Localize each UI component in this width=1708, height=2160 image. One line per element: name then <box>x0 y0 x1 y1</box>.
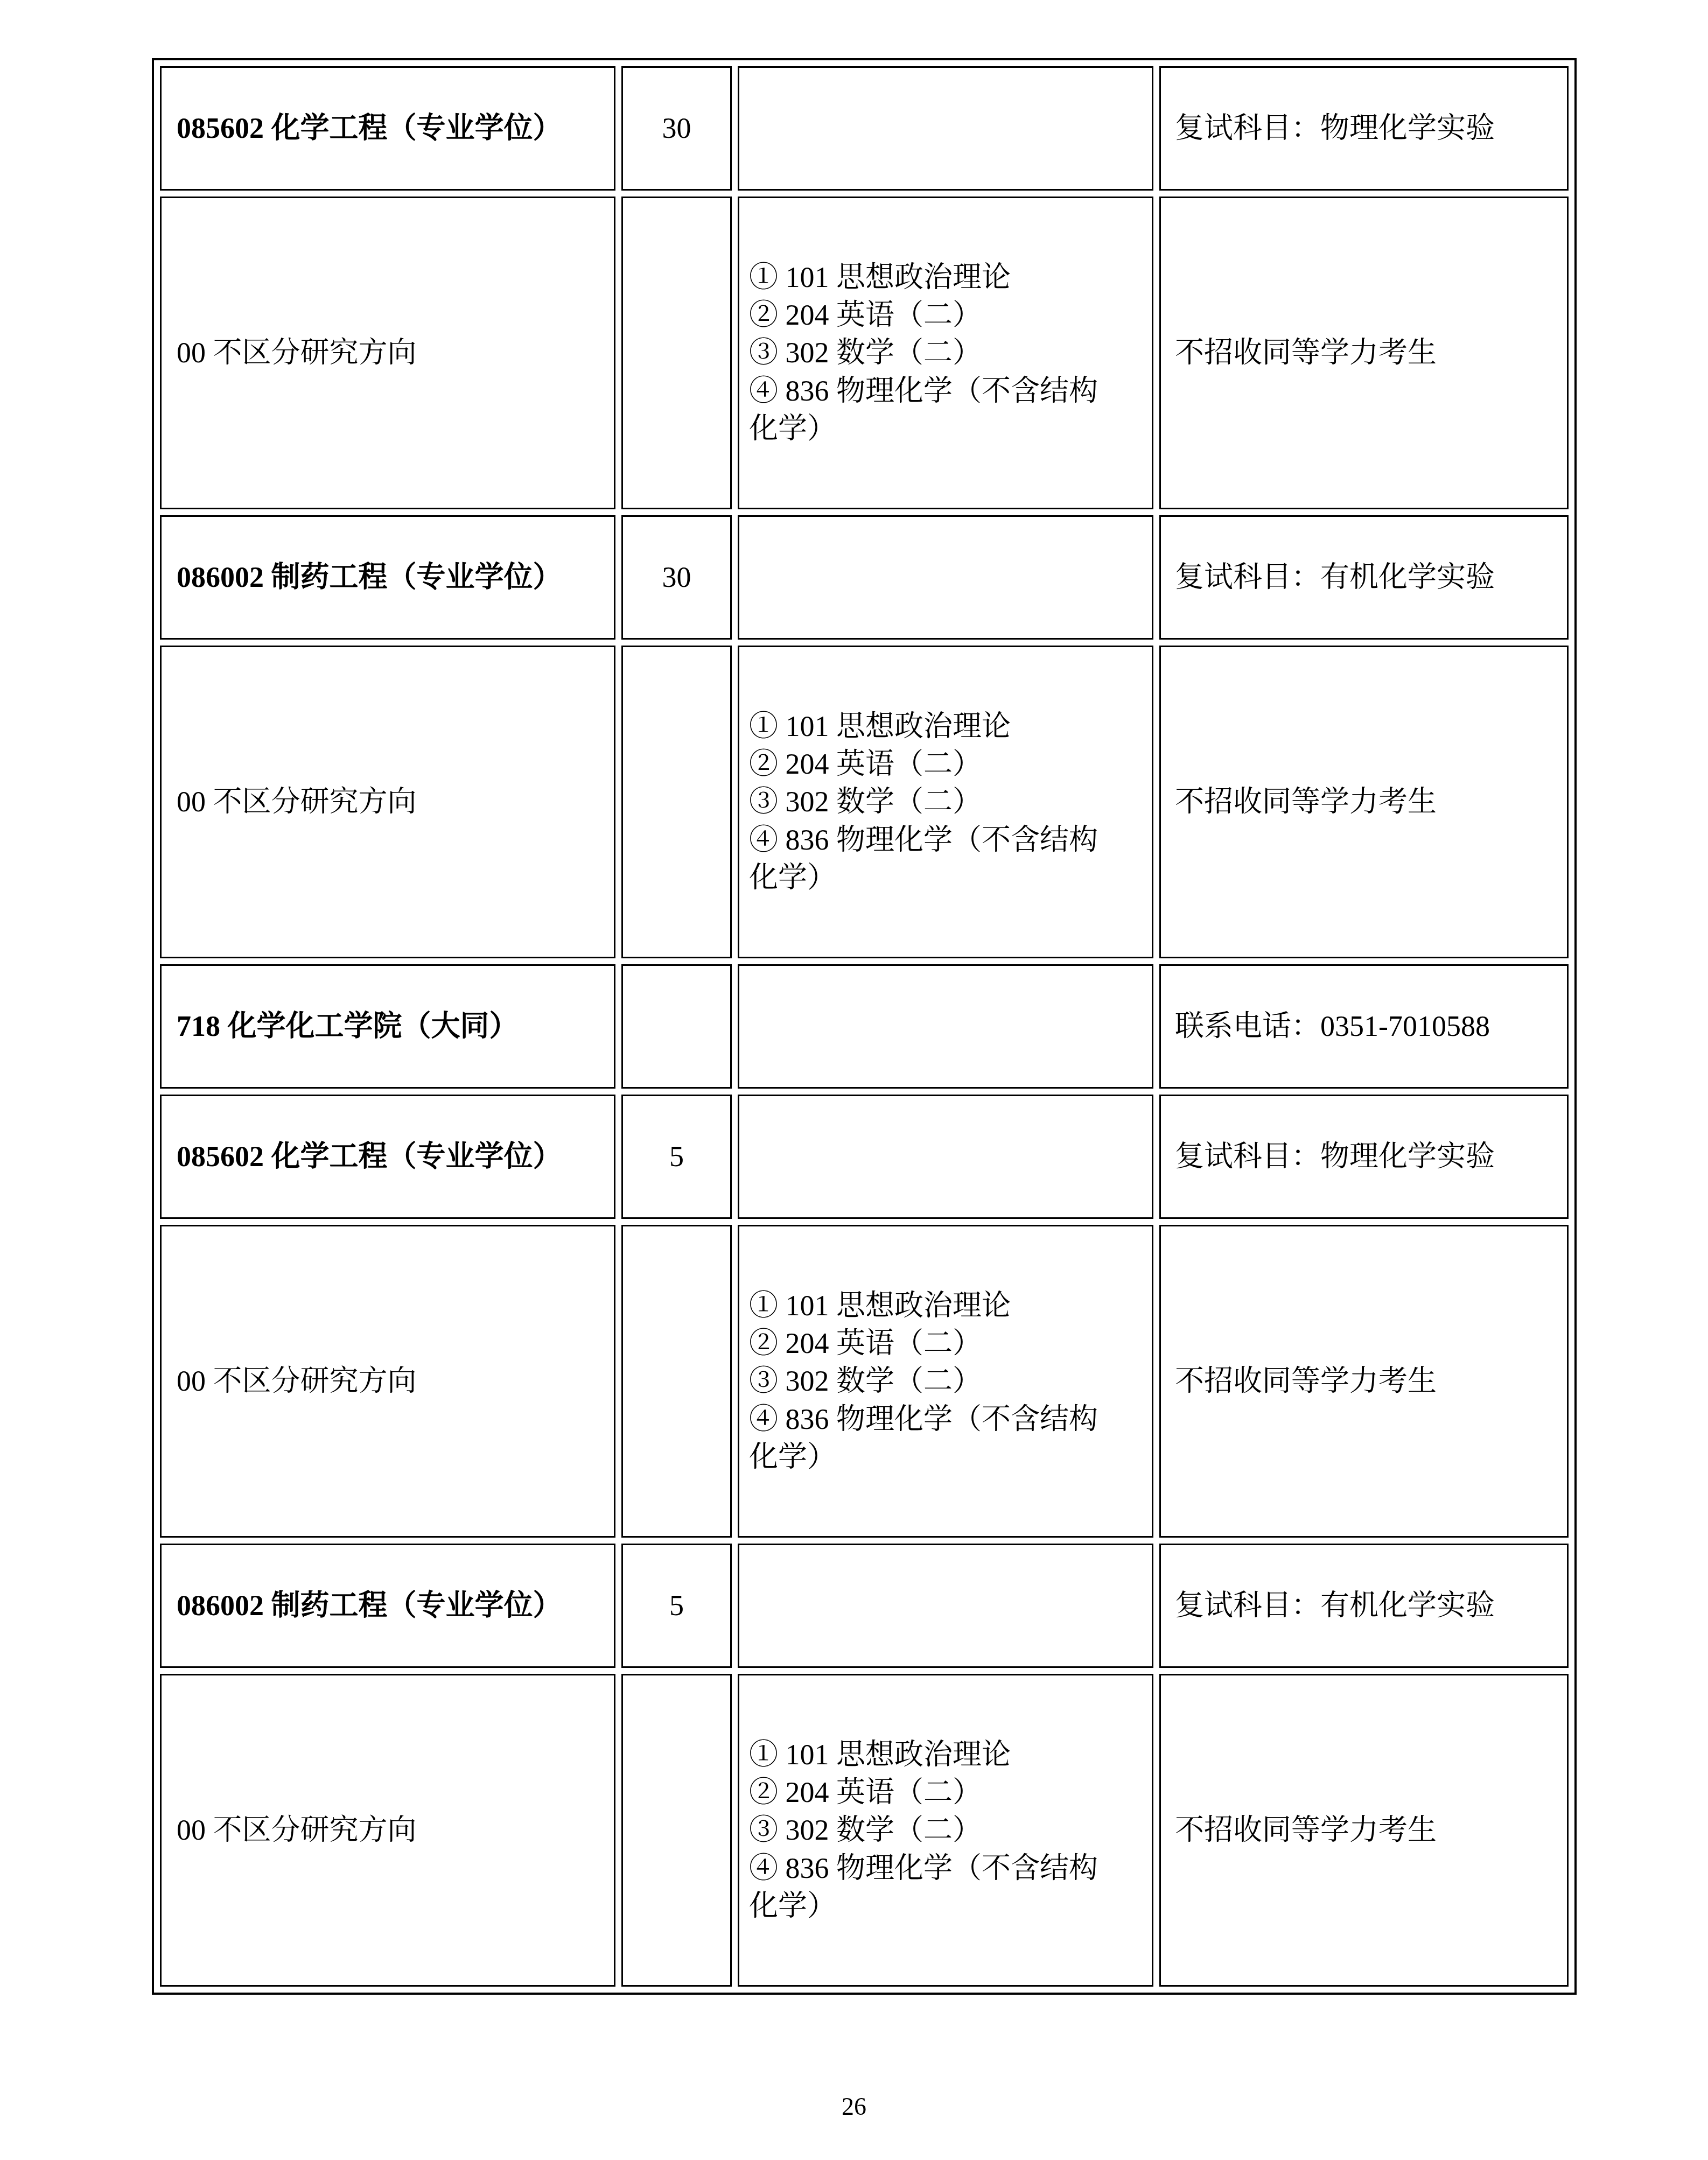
remarks-cell: 复试科目：物理化学实验 <box>1159 1095 1569 1219</box>
quota-cell: 30 <box>621 66 732 191</box>
quota-cell <box>621 1674 732 1987</box>
quota-cell: 5 <box>621 1095 732 1219</box>
program-cell: 086002 制药工程（专业学位） <box>160 1544 615 1668</box>
remarks-cell: 不招收同等学力考生 <box>1159 1225 1569 1538</box>
table-row: 718 化学化工学院（大同） 联系电话：0351-7010588 <box>160 964 1569 1089</box>
quota-cell <box>621 646 732 958</box>
direction-cell: 00 不区分研究方向 <box>160 197 615 509</box>
program-cell: 085602 化学工程（专业学位） <box>160 66 615 191</box>
exam-subjects-cell: ① 101 思想政治理论 ② 204 英语（二） ③ 302 数学（二） ④ 8… <box>738 1674 1153 1987</box>
exam-subjects-cell <box>738 515 1153 640</box>
quota-cell: 5 <box>621 1544 732 1668</box>
page-number: 26 <box>0 2093 1708 2121</box>
exam-subjects-cell: ① 101 思想政治理论 ② 204 英语（二） ③ 302 数学（二） ④ 8… <box>738 646 1153 958</box>
remarks-cell: 复试科目：有机化学实验 <box>1159 515 1569 640</box>
quota-cell <box>621 1225 732 1538</box>
direction-cell: 00 不区分研究方向 <box>160 1225 615 1538</box>
table-row: 00 不区分研究方向 ① 101 思想政治理论 ② 204 英语（二） ③ 30… <box>160 197 1569 509</box>
quota-cell <box>621 964 732 1089</box>
table-row: 086002 制药工程（专业学位） 5 复试科目：有机化学实验 <box>160 1544 1569 1668</box>
quota-cell: 30 <box>621 515 732 640</box>
remarks-cell: 不招收同等学力考生 <box>1159 1674 1569 1987</box>
table-row: 00 不区分研究方向 ① 101 思想政治理论 ② 204 英语（二） ③ 30… <box>160 1674 1569 1987</box>
remarks-cell: 复试科目：有机化学实验 <box>1159 1544 1569 1668</box>
exam-subjects-cell <box>738 66 1153 191</box>
admissions-table: 085602 化学工程（专业学位） 30 复试科目：物理化学实验 00 不区分研… <box>152 58 1577 1995</box>
program-cell: 086002 制药工程（专业学位） <box>160 515 615 640</box>
remarks-cell: 不招收同等学力考生 <box>1159 646 1569 958</box>
quota-cell <box>621 197 732 509</box>
exam-subjects-cell <box>738 964 1153 1089</box>
exam-subjects-cell: ① 101 思想政治理论 ② 204 英语（二） ③ 302 数学（二） ④ 8… <box>738 197 1153 509</box>
program-cell: 085602 化学工程（专业学位） <box>160 1095 615 1219</box>
exam-subjects-cell <box>738 1095 1153 1219</box>
department-cell: 718 化学化工学院（大同） <box>160 964 615 1089</box>
table-row: 00 不区分研究方向 ① 101 思想政治理论 ② 204 英语（二） ③ 30… <box>160 646 1569 958</box>
exam-subjects-cell <box>738 1544 1153 1668</box>
table-row: 086002 制药工程（专业学位） 30 复试科目：有机化学实验 <box>160 515 1569 640</box>
document-page: 085602 化学工程（专业学位） 30 复试科目：物理化学实验 00 不区分研… <box>0 0 1708 2160</box>
contact-cell: 联系电话：0351-7010588 <box>1159 964 1569 1089</box>
table-row: 085602 化学工程（专业学位） 5 复试科目：物理化学实验 <box>160 1095 1569 1219</box>
remarks-cell: 不招收同等学力考生 <box>1159 197 1569 509</box>
table-row: 085602 化学工程（专业学位） 30 复试科目：物理化学实验 <box>160 66 1569 191</box>
table-row: 00 不区分研究方向 ① 101 思想政治理论 ② 204 英语（二） ③ 30… <box>160 1225 1569 1538</box>
direction-cell: 00 不区分研究方向 <box>160 1674 615 1987</box>
exam-subjects-cell: ① 101 思想政治理论 ② 204 英语（二） ③ 302 数学（二） ④ 8… <box>738 1225 1153 1538</box>
direction-cell: 00 不区分研究方向 <box>160 646 615 958</box>
remarks-cell: 复试科目：物理化学实验 <box>1159 66 1569 191</box>
